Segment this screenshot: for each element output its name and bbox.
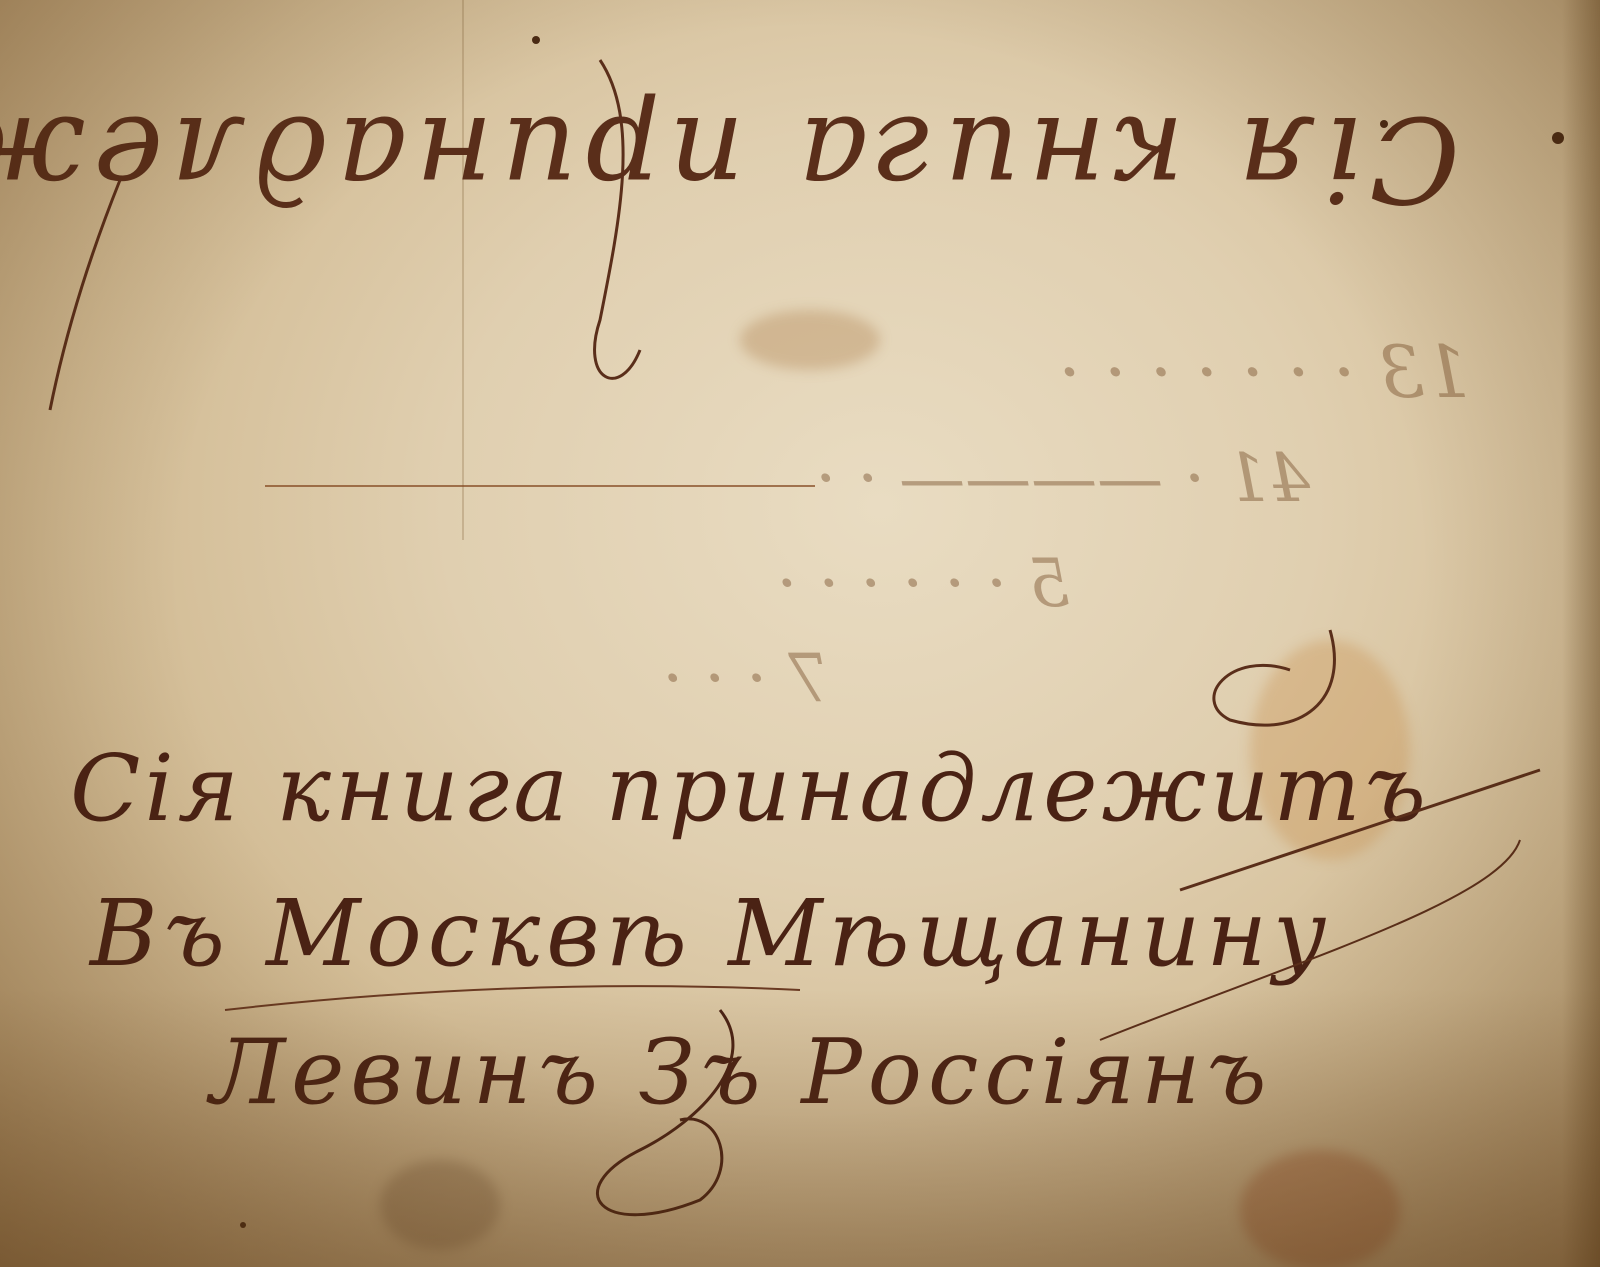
bleed-through-line: 13 · · · · · · · [270,330,1470,414]
ink-spot [240,1222,246,1228]
inscription-line-2: Въ Москвѣ Мѣщанину [90,880,1332,987]
water-stain [1240,1150,1400,1267]
upside-down-inscription: Сія книга принадлежитъ [60,90,1460,228]
bleed-through-line: 41 · ———— · · [270,440,1310,517]
inscription-line-1: Сія книга принадлежитъ [70,735,1430,842]
shadow-stain [380,1160,500,1250]
ink-spot [532,36,540,44]
bleed-through-line: 5 · · · · · · [270,545,1070,622]
strike-through-line [265,485,815,487]
page-edge-shadow [1562,0,1600,1267]
inscription-line-3: Левинъ Зъ Россіянъ [210,1020,1272,1125]
manuscript-photo: Сія книга принадлежитъ 13 · · · · · · · … [0,0,1600,1267]
bleed-through-line: 7 · · · [270,640,830,717]
